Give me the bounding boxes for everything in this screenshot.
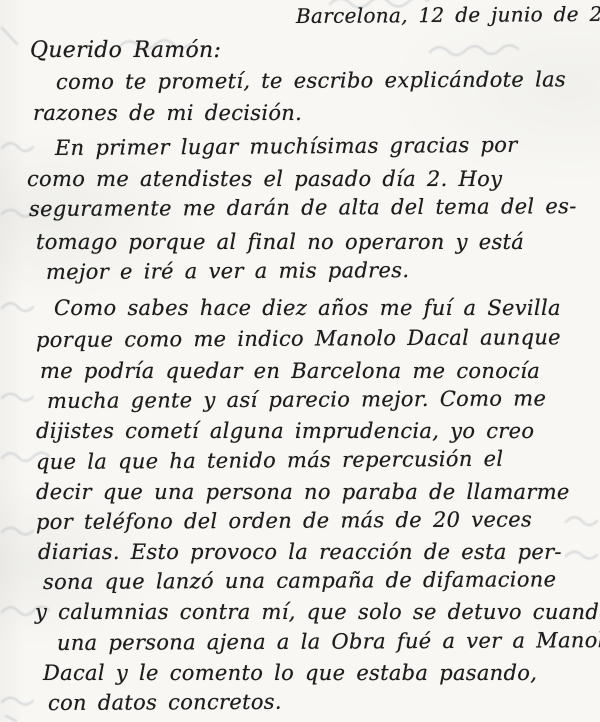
handwritten-line: razones de mi decisión.: [33, 101, 302, 125]
handwritten-line: como te prometí, te escribo explicándote…: [56, 67, 566, 94]
letter-page: Barcelona, 12 de junio de 2006 Querido R…: [0, 0, 600, 722]
handwritten-line: con datos concretos.: [48, 690, 282, 715]
handwritten-line: mucha gente y así parecio mejor. Como me: [47, 386, 546, 413]
handwritten-line: mejor e iré a ver a mis padres.: [46, 258, 409, 284]
handwritten-line: me podría quedar en Barcelona me conocía: [40, 359, 540, 383]
handwritten-line: En primer lugar muchísimas gracias por: [55, 133, 518, 160]
handwritten-line: por teléfono del orden de más de 20 vece…: [36, 507, 532, 534]
handwritten-line: Como sabes hace diez años me fuí a Sevil…: [54, 296, 561, 320]
letter-salutation: Querido Ramón:: [30, 38, 221, 63]
handwritten-line: decir que una persona no paraba de llama…: [36, 480, 570, 504]
handwritten-line: como me atendistes el pasado día 2. Hoy: [27, 167, 502, 191]
handwritten-line: y calumnias contra mí, que solo se detuv…: [35, 600, 600, 624]
handwritten-line: dijistes cometí alguna imprudencia, yo c…: [36, 419, 534, 443]
handwritten-line: tomago porque al final no operaron y est…: [36, 230, 524, 254]
handwritten-line: una persona ajena a la Obra fué a ver a …: [57, 628, 600, 655]
handwritten-line: que la que ha tenido más repercusión el: [36, 447, 504, 474]
handwritten-line: seguramente me darán de alta del tema de…: [29, 194, 577, 221]
handwritten-line: Dacal y le comento lo que estaba pasando…: [43, 661, 537, 685]
letter-date: Barcelona, 12 de junio de 2006: [296, 2, 600, 28]
handwritten-line: sona que lanzó una campaña de difamacion…: [43, 567, 556, 594]
handwritten-line: porque como me indico Manolo Dacal aunqu…: [36, 325, 561, 352]
handwritten-line: diarias. Esto provoco la reacción de est…: [38, 540, 562, 564]
